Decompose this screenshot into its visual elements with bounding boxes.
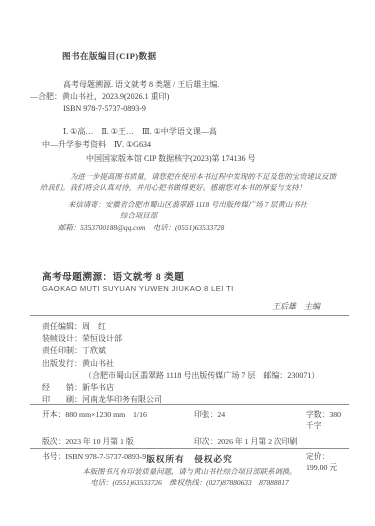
cip-record-line-1: 高考母题溯源. 语文就考 8 类题 / 王后雄主编. [30,79,349,91]
spec-edition: 版次：2023 年 10 月第 1 版 [42,436,194,447]
cip-heading: 图书在版编目(CIP)数据 [62,50,156,62]
copyright-notice: 版权所有 侵权必究 [30,453,349,465]
credit-design: 装帧设计：荣恒设计部 [42,333,349,345]
spec-impression: 印次：2026 年 1 月第 2 次印刷 [194,436,306,447]
credit-editor: 责任编辑：周 红 [42,321,349,333]
feedback-note: 为进一步提高图书质量，请您把在使用本书过程中发现的不足及您的宝贵建议反馈 给我们… [40,171,345,193]
spec-empty-1 [306,436,349,447]
mail-department-line: 综合项目部 [58,211,345,222]
cip-record-number: 中国国家版本馆 CIP 数据核字(2023)第 174136 号 [86,153,255,164]
cip-classification-line-1: Ⅰ. ①高… Ⅱ. ①王… Ⅲ. ①中学语文课—高 [30,126,349,139]
spec-sheets: 印张：24 [194,409,306,431]
copyright-page: 图书在版编目(CIP)数据 高考母题溯源. 语文就考 8 类题 / 王后雄主编.… [0,0,375,526]
spec-format: 开本：880 mm×1230 mm 1/16 [42,409,194,431]
credit-publisher: 出版发行：黄山书社 [42,358,349,370]
divider-rule-1 [30,315,349,316]
contact-line: 邮箱：5353700188@qq.com 电话：(0551)63533728 [58,223,345,234]
divider-rule-3 [30,448,349,449]
feedback-note-line-2: 给我们。我们将会认真对待，并用心把书做得更好。感谢您对本书的厚爱与支持！ [40,182,345,193]
credits-block: 责任编辑：周 红 装帧设计：荣恒设计部 责任印制：丁欣斌 出版发行：黄山书社 （… [42,321,349,406]
mail-block: 来信请寄：安徽省合肥市蜀山区翡翠路 1118 号出版传媒广场 7 层黄山书社 综… [58,200,345,233]
cip-isbn-line: ISBN 978-7-5737-0893-9 [30,103,349,115]
book-title: 高考母题溯源：语文就考 8 类题 [42,269,184,283]
mail-address-line: 来信请寄：安徽省合肥市蜀山区翡翠路 1118 号出版传媒广场 7 层黄山书社 [58,200,345,211]
copyright-footer: 版权所有 侵权必究 本版图书凡有印装质量问题，请与黄山书社综合项目部联系调换。 … [30,453,349,488]
book-title-pinyin: GAOKAO MUTI SUYUAN YUWEN JIUKAO 8 LEI TI [42,284,234,293]
feedback-note-line-1: 为进一步提高图书质量，请您把在使用本书过程中发现的不足及您的宝贵建议反馈 [40,171,345,182]
cip-record-line-2: —合肥：黄山书社，2023.9(2026.1 重印) [30,91,349,103]
cip-classification-line-2: 中—升学参考资料 Ⅳ. ①G634 [30,139,349,152]
copyright-exchange-line: 本版图书凡有印装质量问题，请与黄山书社综合项目部联系调换。 [30,467,349,478]
credit-distributor: 经 销：新华书店 [42,382,349,394]
editor-credit: 王后雄 主编 [272,301,320,312]
credit-print-supervisor: 责任印制：丁欣斌 [42,345,349,357]
cip-record-block: 高考母题溯源. 语文就考 8 类题 / 王后雄主编. —合肥：黄山书社，2023… [30,79,349,115]
divider-rule-2 [30,404,349,405]
spec-word-count: 字数：380 千字 [306,409,349,431]
copyright-hotline-line: 电话：(0551)63533726 维权热线：(027)87880633 878… [30,478,349,489]
cip-classification-block: Ⅰ. ①高… Ⅱ. ①王… Ⅲ. ①中学语文课—高 中—升学参考资料 Ⅳ. ①G… [30,126,349,151]
publisher-address: （合肥市蜀山区翡翠路 1118 号出版传媒广场 7 层 邮编：230071） [42,370,349,382]
